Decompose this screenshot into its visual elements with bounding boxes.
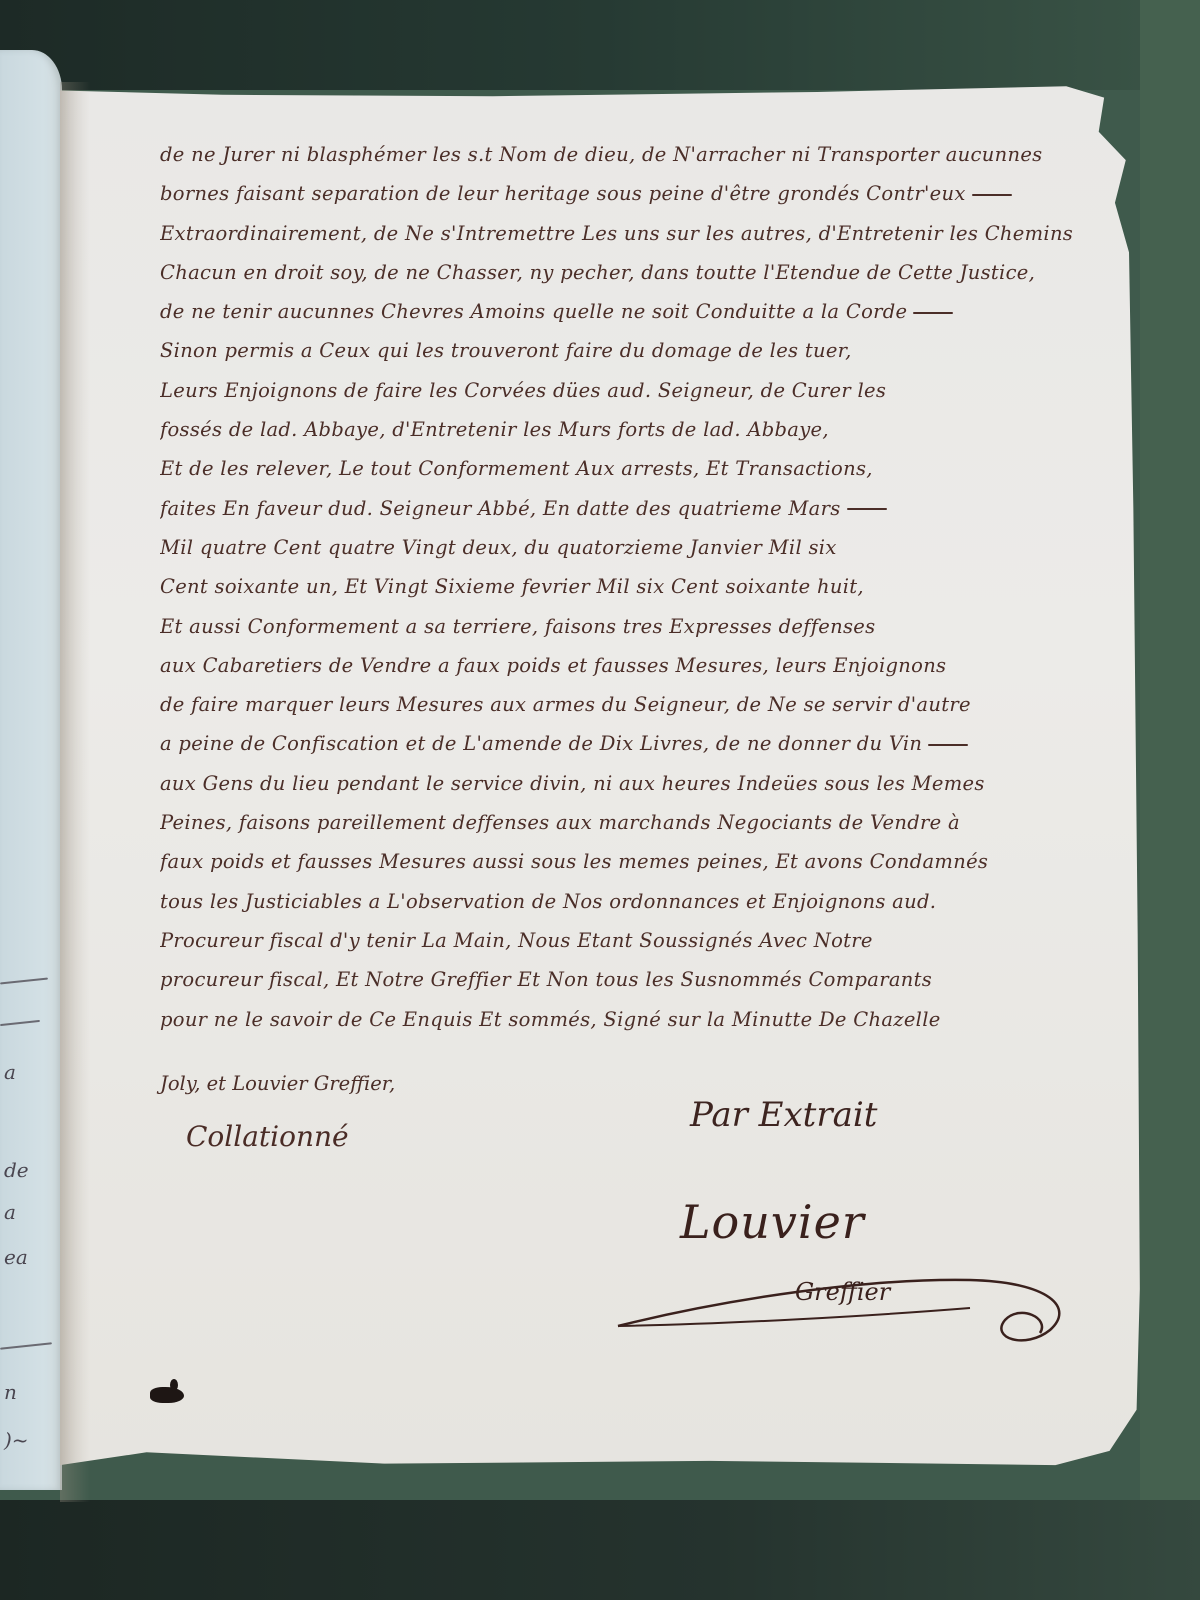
signature-title-greffier: Greffier [795,1278,890,1306]
par-extrait-heading: Par Extrait [690,1095,877,1135]
manuscript-body: de ne Jurer ni blasphémer les s.t Nom de… [160,140,1120,1044]
text-line: de faire marquer leurs Mesures aux armes… [160,690,1120,729]
text-line: de ne Jurer ni blasphémer les s.t Nom de… [160,140,1120,179]
adjacent-page-fragment: de [4,1158,29,1182]
text-line: faites En faveur dud. Seigneur Abbé, En … [160,494,1120,533]
text-line: Mil quatre Cent quatre Vingt deux, du qu… [160,533,1120,572]
text-line: procureur fiscal, Et Notre Greffier Et N… [160,965,1120,1004]
adjacent-page-fragment: )~ [4,1428,29,1452]
text-line: Procureur fiscal d'y tenir La Main, Nous… [160,926,1120,965]
adjacent-page-fragment: ea [4,1245,28,1269]
text-line: Sinon permis a Ceux qui les trouveront f… [160,336,1120,375]
text-line: Et aussi Conformement a sa terriere, fai… [160,612,1120,651]
ink-stroke [0,977,48,984]
adjacent-page-fragment: a [4,1200,16,1224]
ink-blot [150,1387,184,1403]
background-top [0,0,1200,90]
adjacent-page: a de a ea n )~ [0,50,62,1490]
signature-collationne: Collationné [186,1120,349,1153]
background-bottom [0,1500,1200,1600]
text-line: faux poids et fausses Mesures aussi sous… [160,847,1120,886]
text-line: aux Cabaretiers de Vendre a faux poids e… [160,651,1120,690]
adjacent-page-fragment: n [4,1380,17,1404]
text-line: tous les Justiciables a L'observation de… [160,887,1120,926]
text-line: Extraordinairement, de Ne s'Intremettre … [160,219,1120,258]
text-line: a peine de Confiscation et de L'amende d… [160,729,1120,768]
background-right [1140,0,1200,1600]
closing-line: Joly, et Louvier Greffier, [160,1072,395,1095]
text-line: Leurs Enjoignons de faire les Corvées dü… [160,376,1120,415]
signature-louvier: Louvier [680,1195,865,1249]
text-line: Chacun en droit soy, de ne Chasser, ny p… [160,258,1120,297]
text-line: de ne tenir aucunnes Chevres Amoins quel… [160,297,1120,336]
ink-stroke [0,1342,52,1349]
text-line: bornes faisant separation de leur herita… [160,179,1120,218]
text-line: fossés de lad. Abbaye, d'Entretenir les … [160,415,1120,454]
text-line: Et de les relever, Le tout Conformement … [160,454,1120,493]
text-line: aux Gens du lieu pendant le service divi… [160,769,1120,808]
text-line: Cent soixante un, Et Vingt Sixieme fevri… [160,572,1120,611]
adjacent-page-fragment: a [4,1060,16,1084]
text-line: Peines, faisons pareillement deffenses a… [160,808,1120,847]
text-line: pour ne le savoir de Ce Enquis Et sommés… [160,1005,1120,1044]
ink-stroke [0,1020,40,1026]
